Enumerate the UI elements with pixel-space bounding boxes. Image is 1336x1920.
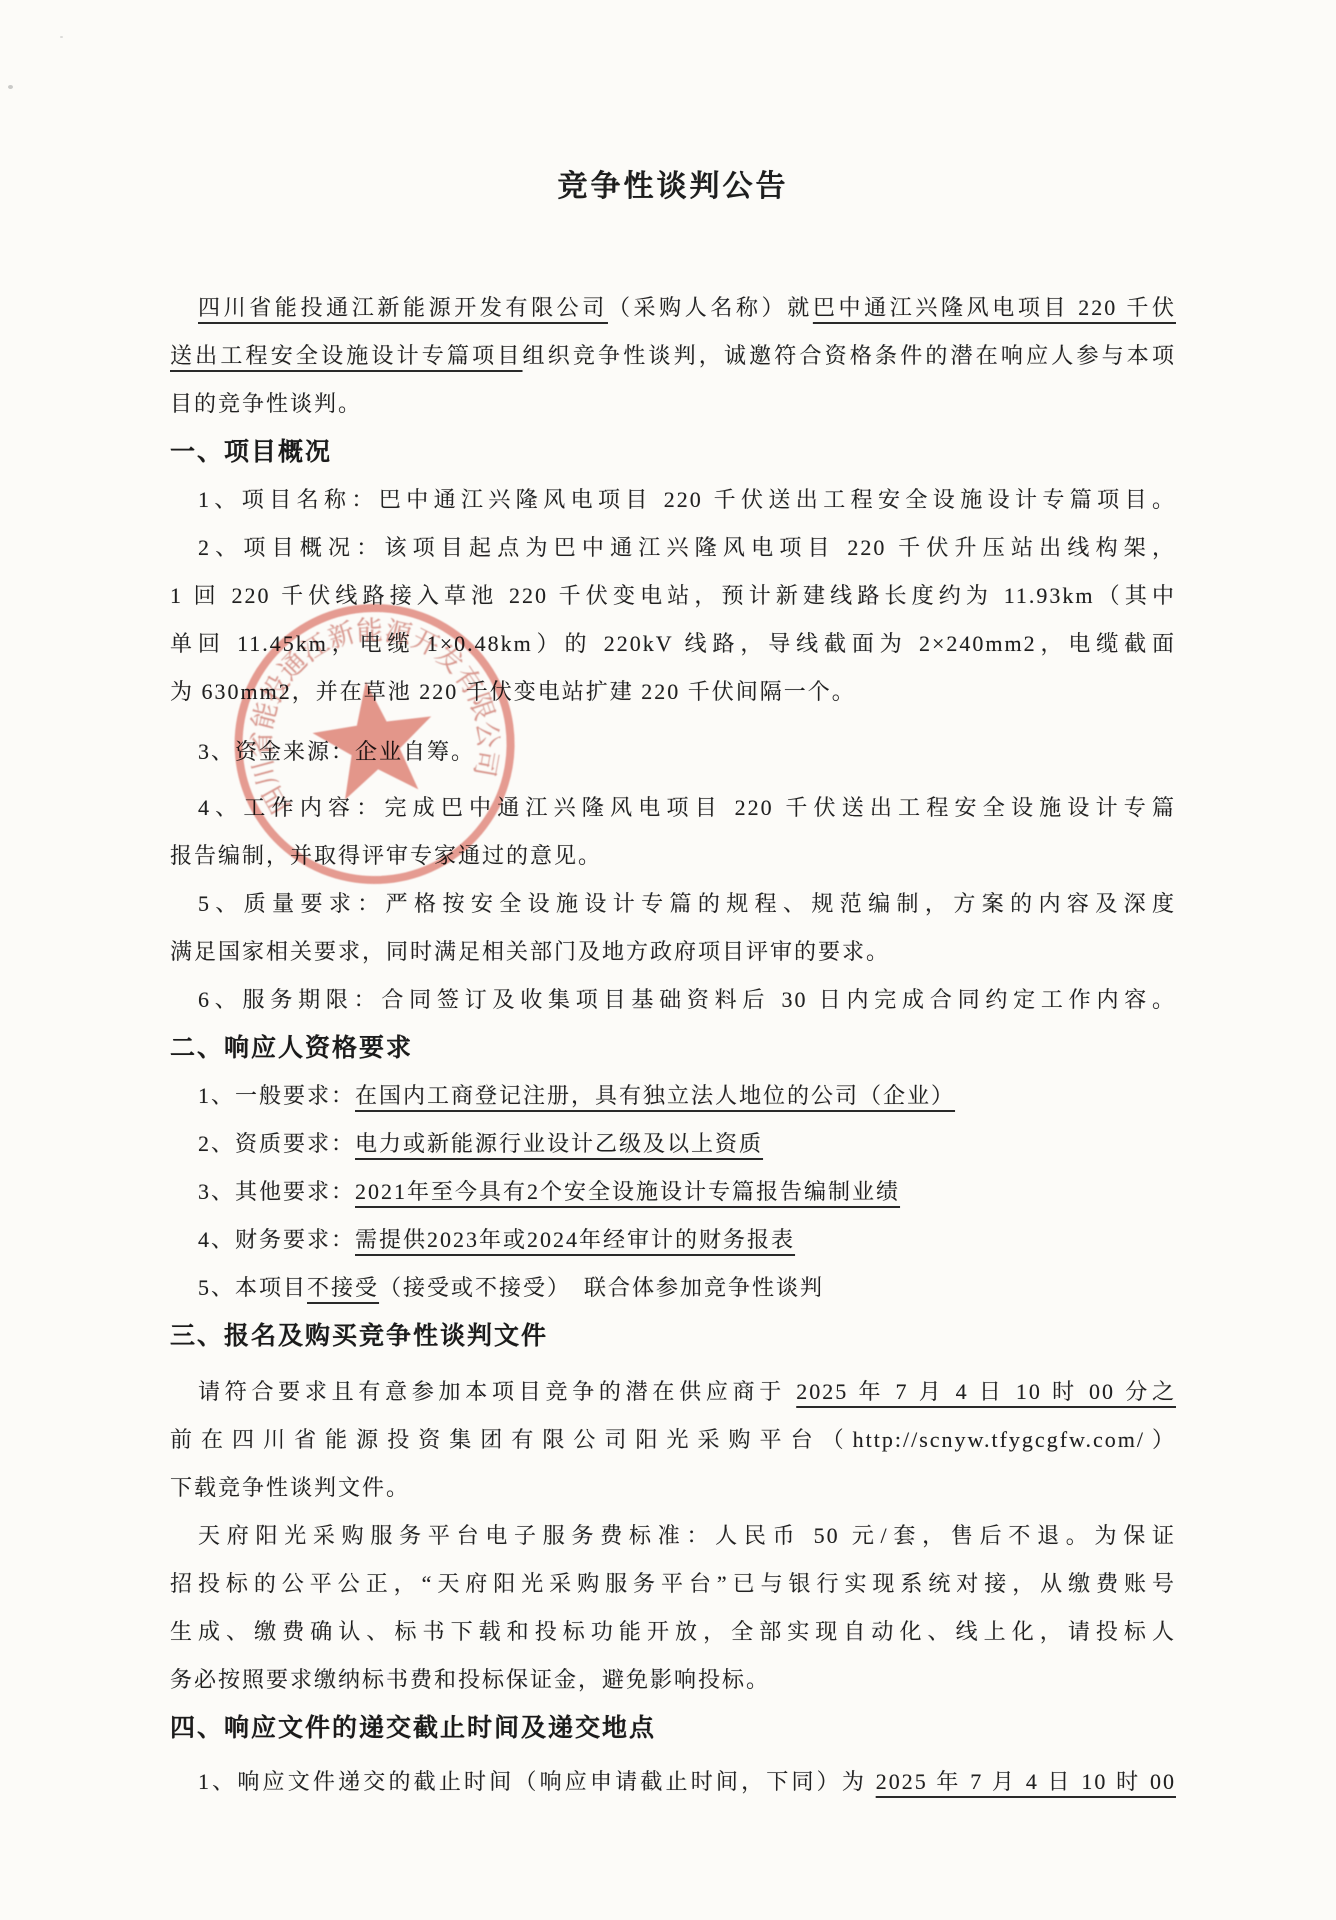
item-other-requirement: 3、其他要求：2021年至今具有2个安全设施设计专篇报告编制业绩 — [170, 1168, 1176, 1216]
text-line: 为 630mm2，并在草池 220 千伏变电站扩建 220 千伏间隔一个。 — [170, 668, 1176, 716]
scan-noise-speck — [8, 85, 13, 89]
item-work-content: 4、工作内容：完成巴中通江兴隆风电项目 220 千伏送出工程安全设施设计专篇 报… — [170, 784, 1176, 880]
platform-and-url: 前在四川省能源投资集团有限公司阳光采购平台（http://scnyw.tfygc… — [170, 1427, 1176, 1452]
text-segment: 目的竞争性谈判。 — [170, 391, 362, 416]
text-segment: （接受或不接受） 联合体参加竞争性谈判 — [379, 1275, 824, 1300]
text-line: 招投标的公平公正，“天府阳光采购服务平台”已与银行实现系统对接，从缴费账号 — [170, 1560, 1176, 1608]
project-name-continued: 送出工程安全设施设计专篇项目 — [170, 343, 523, 368]
item-project-overview: 2、项目概况：该项目起点为巴中通江兴隆风电项目 220 千伏升压站出线构架， 1… — [170, 524, 1176, 716]
purchaser-name: 四川省能投通江新能源开发有限公司 — [198, 295, 608, 320]
text-line: 3、资金来源：企业自筹。 — [170, 728, 1176, 776]
document-body: 竞争性谈判公告 四川省能投通江新能源开发有限公司（采购人名称）就巴中通江兴隆风电… — [170, 0, 1176, 1806]
text-line: 5、质量要求：严格按安全设施设计专篇的规程、规范编制，方案的内容及深度 — [170, 880, 1176, 928]
text-line: 单回 11.45km，电缆 1×0.48km）的 220kV 线路，导线截面为 … — [170, 620, 1176, 668]
requirement-value: 2021年至今具有2个安全设施设计专篇报告编制业绩 — [355, 1179, 900, 1204]
item-label: 5、本项目 — [198, 1275, 307, 1300]
text-line: 报告编制，并取得评审专家通过的意见。 — [170, 832, 1176, 880]
item-service-period: 6、服务期限：合同签订及收集项目基础资料后 30 日内完成合同约定工作内容。 — [170, 976, 1176, 1024]
text-segment: 1、响应文件递交的截止时间（响应申请截止时间，下同）为 — [198, 1769, 876, 1794]
text-segment: 组织竞争性谈判，诚邀符合资格条件的潜在响应人参与本项 — [523, 343, 1176, 368]
text-line: 1 回 220 千伏线路接入草池 220 千伏变电站，预计新建线路长度约为 11… — [170, 572, 1176, 620]
text-line: 2、项目概况：该项目起点为巴中通江兴隆风电项目 220 千伏升压站出线构架， — [170, 524, 1176, 572]
submission-deadline-paragraph: 1、响应文件递交的截止时间（响应申请截止时间，下同）为 2025 年 7 月 4… — [170, 1758, 1176, 1806]
text-line: 四川省能投通江新能源开发有限公司（采购人名称）就巴中通江兴隆风电项目 220 千… — [170, 284, 1176, 332]
text-line: 4、工作内容：完成巴中通江兴隆风电项目 220 千伏送出工程安全设施设计专篇 — [170, 784, 1176, 832]
item-consortium-rule: 5、本项目不接受（接受或不接受） 联合体参加竞争性谈判 — [170, 1264, 1176, 1312]
item-qualification-requirement: 2、资质要求：电力或新能源行业设计乙级及以上资质 — [170, 1120, 1176, 1168]
requirement-value: 电力或新能源行业设计乙级及以上资质 — [355, 1131, 763, 1156]
intro-paragraph: 四川省能投通江新能源开发有限公司（采购人名称）就巴中通江兴隆风电项目 220 千… — [170, 284, 1176, 428]
submission-deadline-datetime: 2025 年 7 月 4 日 10 时 00 — [876, 1769, 1176, 1794]
section3-heading: 三、报名及购买竞争性谈判文件 — [170, 1312, 1176, 1360]
text-segment: （采购人名称）就 — [608, 295, 813, 320]
not-accepted-text: 不接受 — [307, 1275, 379, 1300]
text-line: 6、服务期限：合同签订及收集项目基础资料后 30 日内完成合同约定工作内容。 — [170, 976, 1176, 1024]
service-fee-paragraph: 天府阳光采购服务平台电子服务费标准：人民币 50 元/套，售后不退。为保证 招投… — [170, 1512, 1176, 1704]
item-project-name: 1、项目名称：巴中通江兴隆风电项目 220 千伏送出工程安全设施设计专篇项目。 — [170, 476, 1176, 524]
section1-heading: 一、项目概况 — [170, 428, 1176, 476]
text-line: 前在四川省能源投资集团有限公司阳光采购平台（http://scnyw.tfygc… — [170, 1416, 1176, 1464]
document-title: 竞争性谈判公告 — [170, 170, 1176, 204]
item-label: 1、一般要求： — [198, 1083, 355, 1108]
item-quality-requirement: 5、质量要求：严格按安全设施设计专篇的规程、规范编制，方案的内容及深度 满足国家… — [170, 880, 1176, 976]
requirement-value: 需提供2023年或2024年经审计的财务报表 — [355, 1227, 795, 1252]
document-page: 竞争性谈判公告 四川省能投通江新能源开发有限公司（采购人名称）就巴中通江兴隆风电… — [0, 0, 1336, 1920]
text-line: 天府阳光采购服务平台电子服务费标准：人民币 50 元/套，售后不退。为保证 — [170, 1512, 1176, 1560]
item-label: 4、财务要求： — [198, 1227, 355, 1252]
text-segment: 请符合要求且有意参加本项目竞争的潜在供应商于 — [198, 1379, 796, 1404]
deadline-datetime: 2025 年 7 月 4 日 10 时 00 分之 — [796, 1379, 1176, 1404]
text-line: 生成、缴费确认、标书下载和投标功能开放，全部实现自动化、线上化，请投标人 — [170, 1608, 1176, 1656]
text-line: 请符合要求且有意参加本项目竞争的潜在供应商于 2025 年 7 月 4 日 10… — [170, 1368, 1176, 1416]
text-line: 务必按照要求缴纳标书费和投标保证金，避免影响投标。 — [170, 1656, 1176, 1704]
item-funding-source: 3、资金来源：企业自筹。 — [170, 728, 1176, 776]
text-line: 1、响应文件递交的截止时间（响应申请截止时间，下同）为 2025 年 7 月 4… — [170, 1758, 1176, 1806]
item-label: 2、资质要求： — [198, 1131, 355, 1156]
item-label: 3、其他要求： — [198, 1179, 355, 1204]
section2-heading: 二、响应人资格要求 — [170, 1024, 1176, 1072]
text-segment: 下载竞争性谈判文件。 — [170, 1475, 410, 1500]
registration-paragraph: 请符合要求且有意参加本项目竞争的潜在供应商于 2025 年 7 月 4 日 10… — [170, 1368, 1176, 1512]
section4-heading: 四、响应文件的递交截止时间及递交地点 — [170, 1704, 1176, 1752]
item-general-requirement: 1、一般要求：在国内工商登记注册，具有独立法人地位的公司（企业） — [170, 1072, 1176, 1120]
text-line: 满足国家相关要求，同时满足相关部门及地方政府项目评审的要求。 — [170, 928, 1176, 976]
scan-noise-speck — [60, 36, 63, 38]
text-line: 下载竞争性谈判文件。 — [170, 1464, 1176, 1512]
text-line: 1、项目名称：巴中通江兴隆风电项目 220 千伏送出工程安全设施设计专篇项目。 — [170, 476, 1176, 524]
text-line: 目的竞争性谈判。 — [170, 380, 1176, 428]
item-financial-requirement: 4、财务要求：需提供2023年或2024年经审计的财务报表 — [170, 1216, 1176, 1264]
text-line: 送出工程安全设施设计专篇项目组织竞争性谈判，诚邀符合资格条件的潜在响应人参与本项 — [170, 332, 1176, 380]
project-name: 巴中通江兴隆风电项目 220 千伏 — [813, 295, 1176, 320]
requirement-value: 在国内工商登记注册，具有独立法人地位的公司（企业） — [355, 1083, 955, 1108]
